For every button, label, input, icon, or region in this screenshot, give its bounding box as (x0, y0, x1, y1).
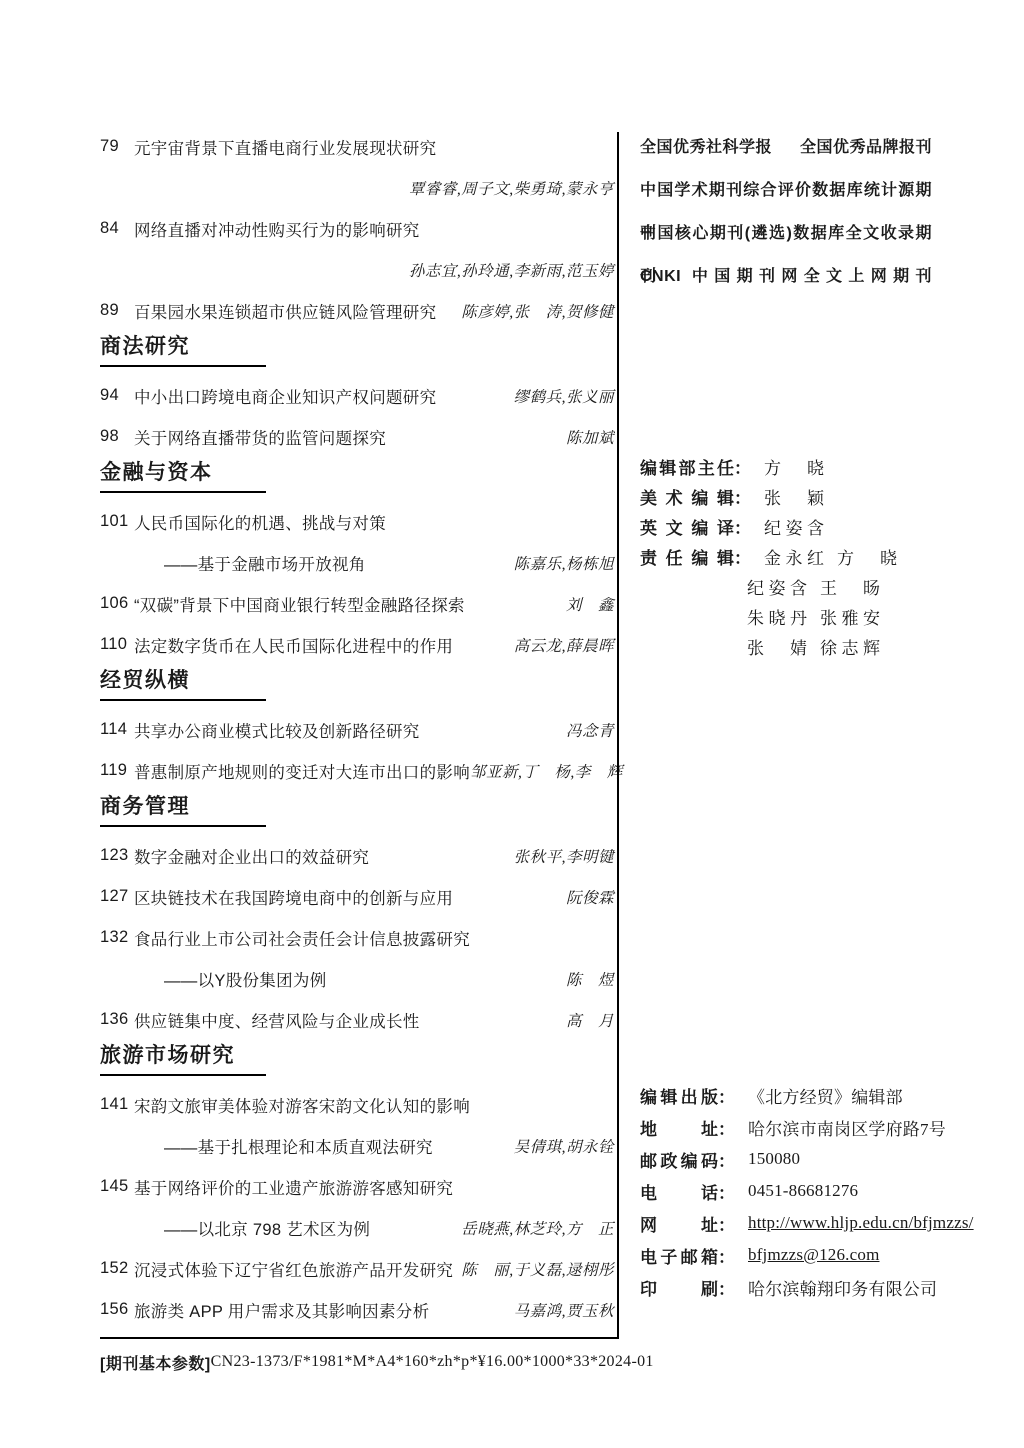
article-subtitle: ——基于金融市场开放视角 (100, 551, 366, 575)
article-title: 食品行业上市公司社会责任会计信息披露研究 (134, 926, 470, 950)
imprint-label: 电话 (640, 1179, 718, 1204)
article-page-number: 141 (100, 1095, 134, 1114)
article-title: 供应链集中度、经营风险与企业成长性 (134, 1008, 420, 1032)
article-title: 旅游类 APP 用户需求及其影响因素分析 (134, 1298, 429, 1322)
section-rule (100, 491, 266, 493)
accolade-line: 中国学术期刊综合评价数据库统计源期刊 (640, 169, 932, 212)
staff-role-label: 英文编译 (640, 514, 734, 539)
staff-role-label: 编辑部主任 (640, 454, 734, 479)
article-page-number: 152 (100, 1259, 134, 1278)
article-page-number: 89 (100, 301, 134, 320)
article-title: 网络直播对冲动性购买行为的影响研究 (134, 217, 420, 241)
imprint-row: 邮政编码 ： 150080 (640, 1143, 985, 1175)
toc-entry-line: 141 宋韵文旅审美体验对游客宋韵文化认知的影响 (100, 1084, 614, 1125)
article-authors: 覃睿睿,周子文,柴勇琦,蒙永亨 (409, 177, 614, 199)
toc-subtitle-line: ——基于扎根理论和本质直观法研究 吴倩琪,胡永铨 (100, 1125, 614, 1166)
staff-name: 纪姿含 (764, 514, 824, 539)
staff-row: 编辑部主任 ： 方晓 (640, 451, 960, 481)
email-link[interactable]: bfjmzzs@126.com (748, 1245, 880, 1265)
imprint-colon: ： (718, 1243, 735, 1268)
article-page-number: 132 (100, 928, 134, 947)
toc-entry-line: 136 供应链集中度、经营风险与企业成长性 高 月 (100, 999, 614, 1040)
article-page-number: 127 (100, 887, 134, 906)
toc-column: 79 元宇宙背景下直播电商行业发展现状研究 覃睿睿,周子文,柴勇琦,蒙永亨 84… (100, 126, 614, 1330)
article-page-number: 123 (100, 846, 134, 865)
article-page-number: 101 (100, 512, 134, 531)
article-authors: 陈 丽,于义磊,逯栩彤 (461, 1258, 614, 1280)
staff-name: 金永红 (764, 544, 824, 569)
journal-toc-page: 79 元宇宙背景下直播电商行业发展现状研究 覃睿睿,周子文,柴勇琦,蒙永亨 84… (0, 0, 1024, 1448)
column-divider (617, 132, 619, 1337)
section-title: 商务管理 (100, 794, 614, 820)
staff-role-label: 责任编辑 (640, 544, 734, 569)
imprint-label: 邮政编码 (640, 1147, 718, 1172)
toc-section-header: 商法研究 (100, 331, 614, 375)
article-page-number: 110 (100, 635, 134, 654)
staff-name: 张雅安 (820, 604, 880, 629)
staff-name: 方晓 (764, 454, 824, 479)
staff-row: 责任编辑 ： 金永红 方晓 (640, 541, 960, 571)
toc-entry-line: 110 法定数字货币在人民币国际化进程中的作用 高云龙,薛晨晖 (100, 624, 614, 665)
toc-entry-line: 84 网络直播对冲动性购买行为的影响研究 (100, 208, 614, 249)
publisher-value: 《北方经贸》编辑部 (748, 1083, 903, 1108)
phone-value: 0451-86681276 (748, 1181, 858, 1201)
imprint-label: 印刷 (640, 1275, 718, 1300)
article-page-number: 156 (100, 1300, 134, 1319)
article-authors: 高 月 (566, 1009, 614, 1031)
article-authors: 张秋平,李明键 (514, 845, 614, 867)
imprint-colon: ： (718, 1147, 735, 1172)
article-authors: 岳晓燕,林芝玲,方 正 (461, 1217, 614, 1239)
journal-params-line: [期刊基本参数] CN23-1373/F*1981*M*A4*160*zh*p*… (100, 1347, 640, 1377)
staff-row: 张婧 徐志辉 (640, 631, 960, 661)
toc-entry-line: 156 旅游类 APP 用户需求及其影响因素分析 马嘉鸿,贾玉秋 (100, 1289, 614, 1330)
imprint-label: 电子邮箱 (640, 1243, 718, 1268)
staff-name: 方晓 (837, 544, 897, 569)
toc-entry-line: 152 沉浸式体验下辽宁省红色旅游产品开发研究 陈 丽,于义磊,逯栩彤 (100, 1248, 614, 1289)
toc-entry-line: 101 人民币国际化的机遇、挑战与对策 (100, 501, 614, 542)
article-authors: 吴倩琪,胡永铨 (514, 1135, 614, 1157)
staff-colon: ： (734, 454, 751, 479)
toc-section-header: 商务管理 (100, 791, 614, 835)
article-page-number: 119 (100, 761, 134, 780)
accolades-block: 全国优秀社科学报 全国优秀品牌报刊 中国学术期刊综合评价数据库统计源期刊 中国核… (640, 126, 932, 298)
accolade-line: 中国核心期刊(遴选)数据库全文收录期刊 (640, 212, 932, 255)
accolade-text: 全国优秀社科学报 (640, 126, 772, 169)
accolade-line: CNKI 中国期刊网全文上网期刊 (640, 255, 932, 298)
section-title: 旅游市场研究 (100, 1043, 614, 1069)
staff-row: 英文编译 ： 纪姿含 (640, 511, 960, 541)
toc-entry-line: 123 数字金融对企业出口的效益研究 张秋平,李明键 (100, 835, 614, 876)
imprint-colon: ： (718, 1115, 735, 1140)
address-value: 哈尔滨市南岗区学府路7号 (748, 1115, 946, 1140)
imprint-label: 网址 (640, 1211, 718, 1236)
staff-row: 纪姿含 王旸 (640, 571, 960, 601)
toc-entry-line: 127 区块链技术在我国跨境电商中的创新与应用 阮俊霖 (100, 876, 614, 917)
staff-name: 朱晓丹 (747, 604, 807, 629)
imprint-row: 编辑出版 ： 《北方经贸》编辑部 (640, 1079, 985, 1111)
article-title: 元宇宙背景下直播电商行业发展现状研究 (134, 135, 436, 159)
section-title: 经贸纵横 (100, 668, 614, 694)
section-title: 商法研究 (100, 334, 614, 360)
toc-entry-line: 89 百果园水果连锁超市供应链风险管理研究 陈彦婷,张 涛,贺修健 (100, 290, 614, 331)
toc-subtitle-line: ——以北京 798 艺术区为例 岳晓燕,林芝玲,方 正 (100, 1207, 614, 1248)
toc-entry-line: 114 共享办公商业模式比较及创新路径研究 冯念青 (100, 709, 614, 750)
toc-entry-line: 145 基于网络评价的工业遗产旅游游客感知研究 (100, 1166, 614, 1207)
article-page-number: 94 (100, 386, 134, 405)
staff-colon: ： (734, 484, 751, 509)
staff-role-label: 美术编辑 (640, 484, 734, 509)
article-authors: 刘 鑫 (566, 593, 614, 615)
article-title: 共享办公商业模式比较及创新路径研究 (134, 718, 420, 742)
staff-row: 美术编辑 ： 张颖 (640, 481, 960, 511)
article-subtitle: ——以北京 798 艺术区为例 (100, 1216, 370, 1240)
imprint-label: 编辑出版 (640, 1083, 718, 1108)
section-rule (100, 825, 266, 827)
article-title: 法定数字货币在人民币国际化进程中的作用 (134, 633, 453, 657)
staff-name: 张颖 (764, 484, 824, 509)
toc-entry-line: 119 普惠制原产地规则的变迁对大连市出口的影响 邹亚新,丁 杨,李 辉 (100, 750, 614, 791)
footer-rule (100, 1337, 619, 1339)
article-authors: 马嘉鸿,贾玉秋 (514, 1299, 614, 1321)
article-authors: 邹亚新,丁 杨,李 辉 (470, 760, 623, 782)
toc-section-header: 旅游市场研究 (100, 1040, 614, 1084)
article-authors: 冯念青 (566, 719, 614, 741)
toc-entry-line: 79 元宇宙背景下直播电商行业发展现状研究 (100, 126, 614, 167)
article-title: 关于网络直播带货的监管问题探究 (134, 425, 386, 449)
staff-name: 纪姿含 (747, 574, 807, 599)
imprint-row: 电子邮箱 ： bfjmzzs@126.com (640, 1239, 985, 1271)
staff-name: 张婧 (747, 634, 807, 659)
imprint-label: 地址 (640, 1115, 718, 1140)
article-title: 宋韵文旅审美体验对游客宋韵文化认知的影响 (134, 1093, 470, 1117)
article-page-number: 145 (100, 1177, 134, 1196)
imprint-row: 网址 ： http://www.hljp.edu.cn/bfjmzzs/ (640, 1207, 985, 1239)
article-page-number: 84 (100, 219, 134, 238)
article-title: “双碳”背景下中国商业银行转型金融路径探索 (134, 592, 465, 616)
imprint-row: 地址 ： 哈尔滨市南岗区学府路7号 (640, 1111, 985, 1143)
section-title: 金融与资本 (100, 460, 614, 486)
article-title: 人民币国际化的机遇、挑战与对策 (134, 510, 386, 534)
imprint-row: 印刷 ： 哈尔滨翰翔印务有限公司 (640, 1271, 985, 1303)
toc-entry-line: 132 食品行业上市公司社会责任会计信息披露研究 (100, 917, 614, 958)
website-link[interactable]: http://www.hljp.edu.cn/bfjmzzs/ (748, 1213, 974, 1233)
staff-row: 朱晓丹 张雅安 (640, 601, 960, 631)
accolade-line: 全国优秀社科学报 全国优秀品牌报刊 (640, 126, 932, 169)
imprint-colon: ： (718, 1275, 735, 1300)
article-title: 沉浸式体验下辽宁省红色旅游产品开发研究 (134, 1257, 453, 1281)
postcode-value: 150080 (748, 1149, 800, 1169)
article-authors: 缪鹤兵,张义丽 (514, 385, 614, 407)
journal-params-label: [期刊基本参数] (100, 1351, 211, 1374)
article-title: 百果园水果连锁超市供应链风险管理研究 (134, 299, 436, 323)
article-authors: 陈彦婷,张 涛,贺修健 (461, 300, 614, 322)
article-title: 普惠制原产地规则的变迁对大连市出口的影响 (134, 759, 470, 783)
accolade-text: 全国优秀品牌报刊 (800, 126, 932, 169)
imprint-colon: ： (718, 1211, 735, 1236)
toc-section-header: 经贸纵横 (100, 665, 614, 709)
article-title: 数字金融对企业出口的效益研究 (134, 844, 369, 868)
article-authors: 孙志宜,孙玲通,李新雨,范玉婷 (409, 259, 614, 281)
toc-authors-line: 覃睿睿,周子文,柴勇琦,蒙永亨 (100, 167, 614, 208)
article-authors: 阮俊霖 (566, 886, 614, 908)
staff-colon: ： (734, 514, 751, 539)
staff-colon: ： (734, 544, 751, 569)
editorial-staff-block: 编辑部主任 ： 方晓 美术编辑 ： 张颖 英文编译 ： 纪姿含 责任编辑 ： 金… (640, 451, 960, 661)
staff-name: 徐志辉 (820, 634, 880, 659)
article-authors: 陈嘉乐,杨栋旭 (514, 552, 614, 574)
article-page-number: 136 (100, 1010, 134, 1029)
article-page-number: 106 (100, 594, 134, 613)
section-rule (100, 1074, 266, 1076)
staff-name: 王旸 (820, 574, 880, 599)
printer-value: 哈尔滨翰翔印务有限公司 (748, 1275, 937, 1300)
article-authors: 陈 煜 (566, 968, 614, 990)
section-rule (100, 365, 266, 367)
article-subtitle: ——以Y股份集团为例 (100, 967, 327, 991)
article-page-number: 79 (100, 137, 134, 156)
toc-section-header: 金融与资本 (100, 457, 614, 501)
toc-authors-line: 孙志宜,孙玲通,李新雨,范玉婷 (100, 249, 614, 290)
toc-subtitle-line: ——以Y股份集团为例 陈 煜 (100, 958, 614, 999)
section-rule (100, 699, 266, 701)
imprint-block: 编辑出版 ： 《北方经贸》编辑部 地址 ： 哈尔滨市南岗区学府路7号 邮政编码 … (640, 1079, 985, 1303)
article-authors: 陈加斌 (566, 426, 614, 448)
article-page-number: 98 (100, 427, 134, 446)
imprint-colon: ： (718, 1083, 735, 1108)
toc-subtitle-line: ——基于金融市场开放视角 陈嘉乐,杨栋旭 (100, 542, 614, 583)
article-page-number: 114 (100, 720, 134, 739)
article-title: 区块链技术在我国跨境电商中的创新与应用 (134, 885, 453, 909)
imprint-row: 电话 ： 0451-86681276 (640, 1175, 985, 1207)
article-subtitle: ——基于扎根理论和本质直观法研究 (100, 1134, 433, 1158)
article-title: 基于网络评价的工业遗产旅游游客感知研究 (134, 1175, 453, 1199)
article-title: 中小出口跨境电商企业知识产权问题研究 (134, 384, 436, 408)
imprint-colon: ： (718, 1179, 735, 1204)
toc-entry-line: 106 “双碳”背景下中国商业银行转型金融路径探索 刘 鑫 (100, 583, 614, 624)
article-authors: 高云龙,薛晨晖 (514, 634, 614, 656)
toc-entry-line: 98 关于网络直播带货的监管问题探究 陈加斌 (100, 416, 614, 457)
journal-params-value: CN23-1373/F*1981*M*A4*160*zh*p*¥16.00*10… (211, 1353, 654, 1371)
toc-entry-line: 94 中小出口跨境电商企业知识产权问题研究 缪鹤兵,张义丽 (100, 375, 614, 416)
